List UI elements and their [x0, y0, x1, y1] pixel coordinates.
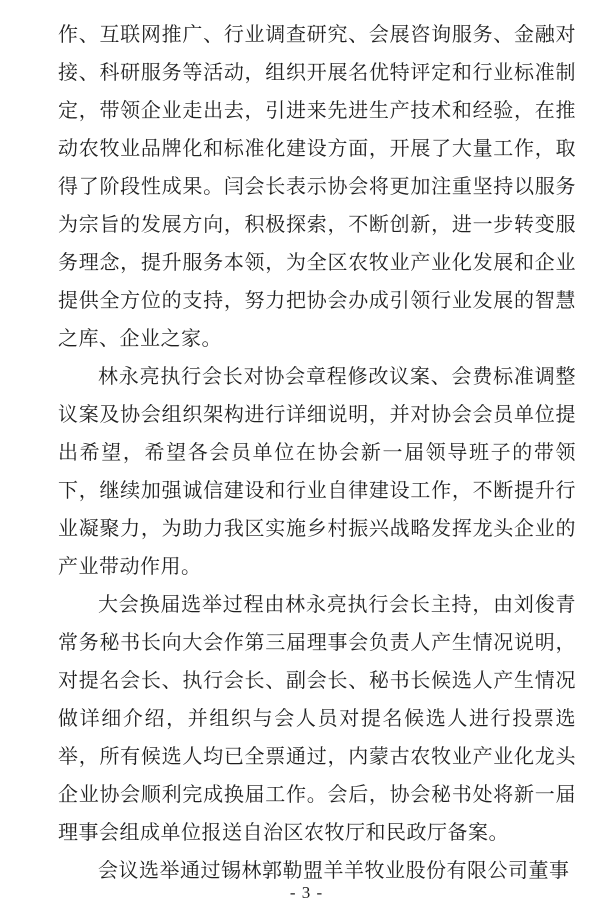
paragraph: 大会换届选举过程由林永亮执行会长主持，由刘俊青常务秘书长向大会作第三届理事会负责…	[58, 586, 576, 852]
page-footer: - 3 -	[0, 882, 613, 904]
paragraph: 林永亮执行会长对协会章程修改议案、会费标准调整议案及协会组织架构进行详细说明，并…	[58, 358, 576, 586]
page-number: - 3 -	[290, 883, 323, 902]
paragraph: 作、互联网推广、行业调查研究、会展咨询服务、金融对接、科研服务等活动，组织开展名…	[58, 16, 576, 358]
document-body: 作、互联网推广、行业调查研究、会展咨询服务、金融对接、科研服务等活动，组织开展名…	[58, 16, 576, 890]
document-page: 作、互联网推广、行业调查研究、会展咨询服务、金融对接、科研服务等活动，组织开展名…	[0, 0, 613, 922]
